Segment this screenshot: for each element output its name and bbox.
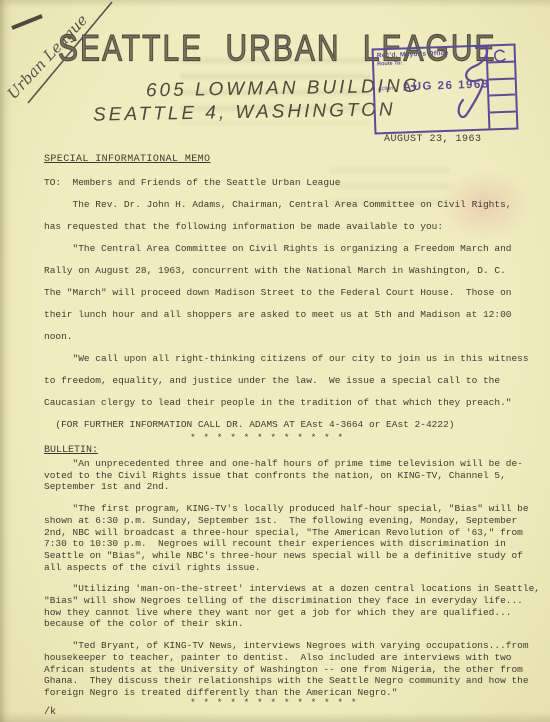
squiggle-stroke [459, 46, 487, 117]
bulletin-paragraph: "An unprecedented three and one-half hou… [44, 458, 540, 493]
squiggle-initial [495, 50, 505, 61]
pencil-dash [12, 16, 42, 28]
asterisk-separator: * * * * * * * * * * * * [190, 432, 344, 443]
bulletin-section: "An unprecedented three and one-half hou… [44, 458, 540, 709]
bulletin-paragraph: "Utilizing 'man-on-the-street' interview… [44, 583, 540, 630]
bulletin-paragraph: "Ted Bryant, of KING-TV News, interviews… [44, 640, 540, 699]
stamp-action-label: Action [378, 86, 393, 93]
memo-date: AUGUST 23, 1963 [384, 134, 482, 145]
handwritten-squiggle [438, 38, 518, 128]
bulletin-heading: BULLETIN: [44, 445, 98, 456]
memo-heading: SPECIAL INFORMATIONAL MEMO [44, 154, 210, 165]
typist-initials: /k [44, 707, 56, 718]
memo-page: Urban League SEATTLE URBAN LEAGUE 605 LO… [0, 0, 550, 722]
bulletin-paragraph: "The first program, KING-TV's locally pr… [44, 503, 540, 573]
memo-intro-text: TO: Members and Friends of the Seattle U… [44, 172, 529, 436]
asterisk-separator: * * * * * * * * * * * * * [190, 697, 358, 708]
